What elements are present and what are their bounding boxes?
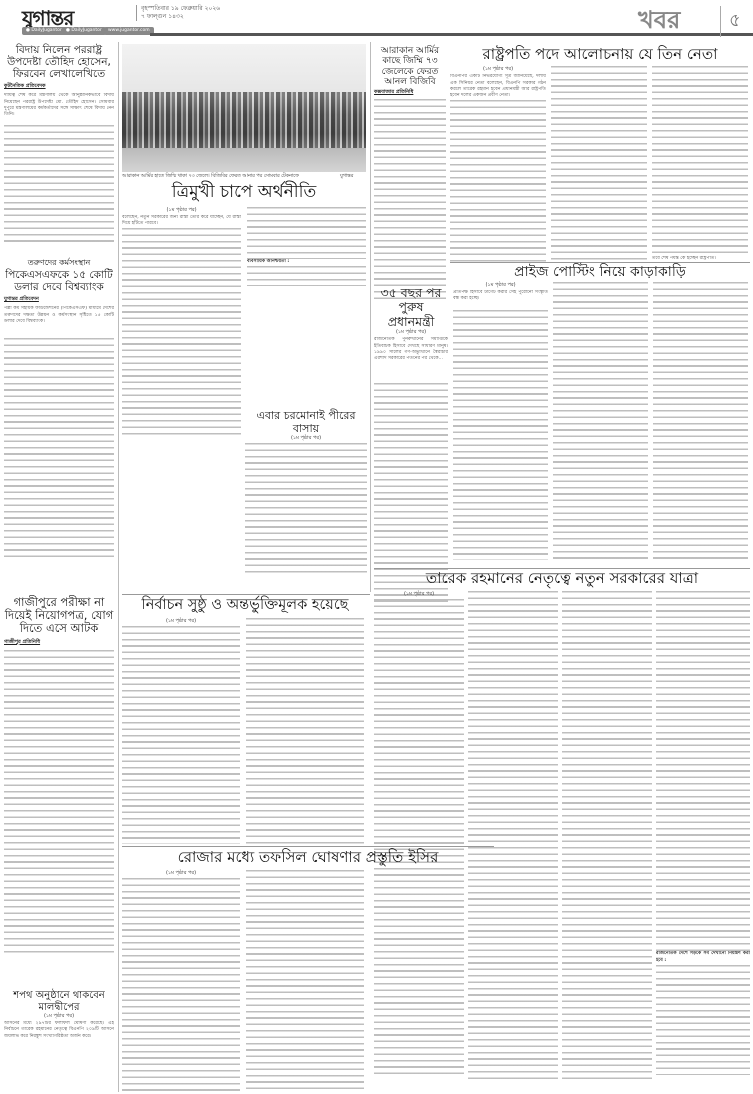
photo-image — [122, 44, 366, 172]
facebook-icon: ● — [66, 28, 70, 33]
article-body-continued — [4, 338, 114, 560]
kicker: তরুণদের কর্মসংস্থান — [4, 258, 114, 267]
headline[interactable]: পিকেএসএফকে ১৫ কোটি ডলার দেবে বিশ্বব্যাংক — [4, 269, 114, 293]
subhead: ব্যবসায়িক অনিশ্চয়তা : — [247, 259, 366, 266]
jump-line: (১ম পৃষ্ঠার পর) — [122, 870, 240, 878]
jump-line: (১ম পৃষ্ঠার পর) — [245, 435, 367, 443]
headline[interactable]: ত্রিমুখী চাপে অর্থনীতি — [122, 183, 366, 203]
prize-article-body-col2 — [553, 282, 648, 560]
news-photo[interactable] — [122, 44, 366, 172]
article-arakan[interactable]: আরাকান আর্মির কাছে জিম্মি ৭৩ জেলেকে ফেরত… — [374, 46, 446, 299]
jump-line: (১ম পৃষ্ঠার পর) — [374, 329, 448, 337]
headline[interactable]: এবার চরমোনাই পীরের বাসায় — [245, 410, 367, 435]
photo-credit: যুগান্তর — [340, 173, 353, 181]
article-male-pm[interactable]: ৩৫ বছর পর পুরুষ প্রধানমন্ত্রী (১ম পৃষ্ঠা… — [374, 282, 750, 603]
byline: কূটনৈতিক প্রতিবেদক — [4, 83, 114, 91]
column-divider — [118, 42, 119, 1092]
page-number: ৫ — [720, 6, 741, 37]
article-body-col3 — [562, 591, 652, 1079]
headline[interactable]: নির্বাচন সুষ্ঠু ও অন্তর্ভুক্তিমূলক হয়েছ… — [122, 597, 368, 614]
masthead: যুগান্তর বৃহস্পতিবার ১৯ ফেব্রুয়ারি ২০২৬… — [0, 0, 753, 38]
prize-article-body: প্রতিপক্ষ হিসাবে টার্গেট করার সেই পুরোনো… — [453, 290, 548, 310]
article-charmonai[interactable]: এবার চরমোনাই পীরের বাসায় (১ম পৃষ্ঠার পর… — [245, 410, 367, 573]
article-body: দায়িত্ব শেষ করে মন্ত্রণালয় থেকে আনুষ্ঠ… — [4, 93, 114, 125]
prize-article-body-continued — [453, 310, 548, 560]
date-bengali: ৭ ফাল্গুন ১৪৩২ — [141, 13, 220, 21]
issue-date: বৃহস্পতিবার ১৯ ফেব্রুয়ারি ২০২৬ ৭ ফাল্গু… — [136, 5, 220, 21]
jump-line: (১ম পৃষ্ঠার পর) — [374, 591, 464, 599]
jump-line: (১ম পৃষ্ঠার পর) — [122, 207, 241, 215]
headline[interactable]: ৩৫ বছর পর পুরুষ প্রধানমন্ত্রী — [374, 286, 448, 329]
article-body-continued — [4, 125, 114, 243]
article-body: বিএনপির একটি নির্ভরযোগ্য সূত্র জানিয়েছে… — [450, 74, 546, 100]
byline: গাজীপুর প্রতিনিধি — [4, 639, 114, 647]
article-oath[interactable]: শপথ অনুষ্ঠানে থাকবেন মালদ্বীপের (১ম পৃষ্… — [4, 990, 114, 1083]
article-president[interactable]: রাষ্ট্রপতি পদে আলোচনায় যে তিন নেতা (১ম … — [450, 46, 750, 266]
article-body: বলেছেন, নতুন সরকারের জন্য রাস্তা তৈরি কর… — [122, 215, 241, 228]
photo-crowd — [122, 92, 366, 148]
jump-line: (১ম পৃষ্ঠার পর) — [122, 618, 240, 626]
article-body: রাজনৈতিক পুনরুত্থানের সমাপ্তিকে ইতিবাচক … — [374, 337, 448, 383]
article-body-col2b — [247, 266, 366, 286]
article-body: পল্লী কর্ম সহায়ক ফাউন্ডেশনের (পিকেএসএফ)… — [4, 306, 114, 338]
article-body-col2 — [246, 618, 364, 844]
jump-line: (১ম পৃষ্ঠার পর) — [4, 1013, 114, 1021]
headline[interactable]: বিদায় নিলেন পররাষ্ট্র উপদেষ্টা তৌহিদ হো… — [4, 44, 114, 80]
article-body-col2 — [247, 207, 366, 259]
article-touhid[interactable]: বিদায় নিলেন পররাষ্ট্র উপদেষ্টা তৌহিদ হো… — [4, 44, 114, 243]
section-title: খবর — [638, 2, 680, 42]
byline: কক্সবাজার প্রতিনিধি — [374, 89, 446, 97]
article-body-continued — [122, 228, 241, 435]
article-body — [245, 443, 367, 573]
article-body — [122, 626, 240, 844]
article-economy[interactable]: ত্রিমুখী চাপে অর্থনীতি (১ম পৃষ্ঠার পর) ব… — [122, 183, 366, 435]
headline[interactable]: আরাকান আর্মির কাছে জিম্মি ৭৩ জেলেকে ফেরত… — [374, 46, 446, 87]
article-pksf[interactable]: তরুণদের কর্মসংস্থান পিকেএসএফকে ১৫ কোটি ড… — [4, 258, 114, 560]
photo-caption: আরাকান আর্মির হাতে জিম্মি থাকা ৭৩ জেলে। … — [122, 173, 337, 181]
article-election[interactable]: নির্বাচন সুষ্ঠু ও অন্তর্ভুক্তিমূলক হয়েছ… — [122, 597, 368, 844]
article-body-col2 — [551, 66, 647, 264]
article-body-col4 — [656, 591, 750, 951]
youtube-link[interactable]: ● DailyJugantor — [22, 27, 66, 35]
prize-article-body-col3 — [653, 282, 748, 560]
column-divider — [370, 42, 371, 592]
headline[interactable]: তারেক রহমানের নেতৃত্বে নতুন সরকারের যাত্… — [374, 570, 750, 587]
date-gregorian: বৃহস্পতিবার ১৯ ফেব্রুয়ারি ২০২৬ — [141, 5, 220, 13]
headline[interactable]: শপথ অনুষ্ঠানে থাকবেন মালদ্বীপের — [4, 990, 114, 1013]
article-gazipur[interactable]: গাজীপুরে পরীক্ষা না দিয়েই নিয়োগপত্র, য… — [4, 596, 114, 955]
article-ramadan[interactable]: রোজার মধ্যে তফসিল ঘোষণার প্রস্তুতি ইসির … — [122, 849, 494, 1092]
article-body: আসনের মধ্যে ২৯৭টির ফলাফল ঘোষণা করেছে। এই… — [4, 1021, 114, 1083]
headline[interactable]: গাজীপুরে পরীক্ষা না দিয়েই নিয়োগপত্র, য… — [4, 596, 114, 636]
headline[interactable]: রাষ্ট্রপতি পদে আলোচনায় যে তিন নেতা — [450, 46, 750, 63]
section-rule — [122, 846, 494, 847]
article-body — [4, 650, 114, 955]
article-body-col4b — [656, 965, 750, 1075]
article-body-col3 — [652, 66, 748, 256]
article-body — [122, 878, 240, 1092]
facebook-link[interactable]: ● DailyJugantor — [62, 27, 106, 35]
article-prize-posting[interactable]: প্রাইজ পোস্টিং নিয়ে কাড়াকাড়ি — [450, 264, 750, 280]
article-body-continued — [450, 100, 546, 266]
article-body — [374, 99, 446, 299]
subhead: রাজনৈতিক দেশে সড়কে সব দেখানো নিয়ন্ত্রণ… — [656, 951, 750, 965]
headline[interactable]: রোজার মধ্যে তফসিল ঘোষণার প্রস্তুতি ইসির — [122, 849, 494, 866]
article-body-col2 — [246, 870, 364, 1092]
website-link[interactable]: www.jugantor.com — [104, 27, 154, 35]
headline[interactable]: প্রাইজ পোস্টিং নিয়ে কাড়াকাড়ি — [450, 264, 750, 280]
section-rule — [122, 594, 370, 595]
byline: যুগান্তর প্রতিবেদন — [4, 296, 114, 304]
prize-jump-line: (১ম পৃষ্ঠার পর) — [453, 282, 548, 290]
section-rule — [450, 262, 750, 263]
youtube-icon: ● — [26, 28, 30, 33]
jump-line: (১ম পৃষ্ঠার পর) — [450, 66, 546, 74]
